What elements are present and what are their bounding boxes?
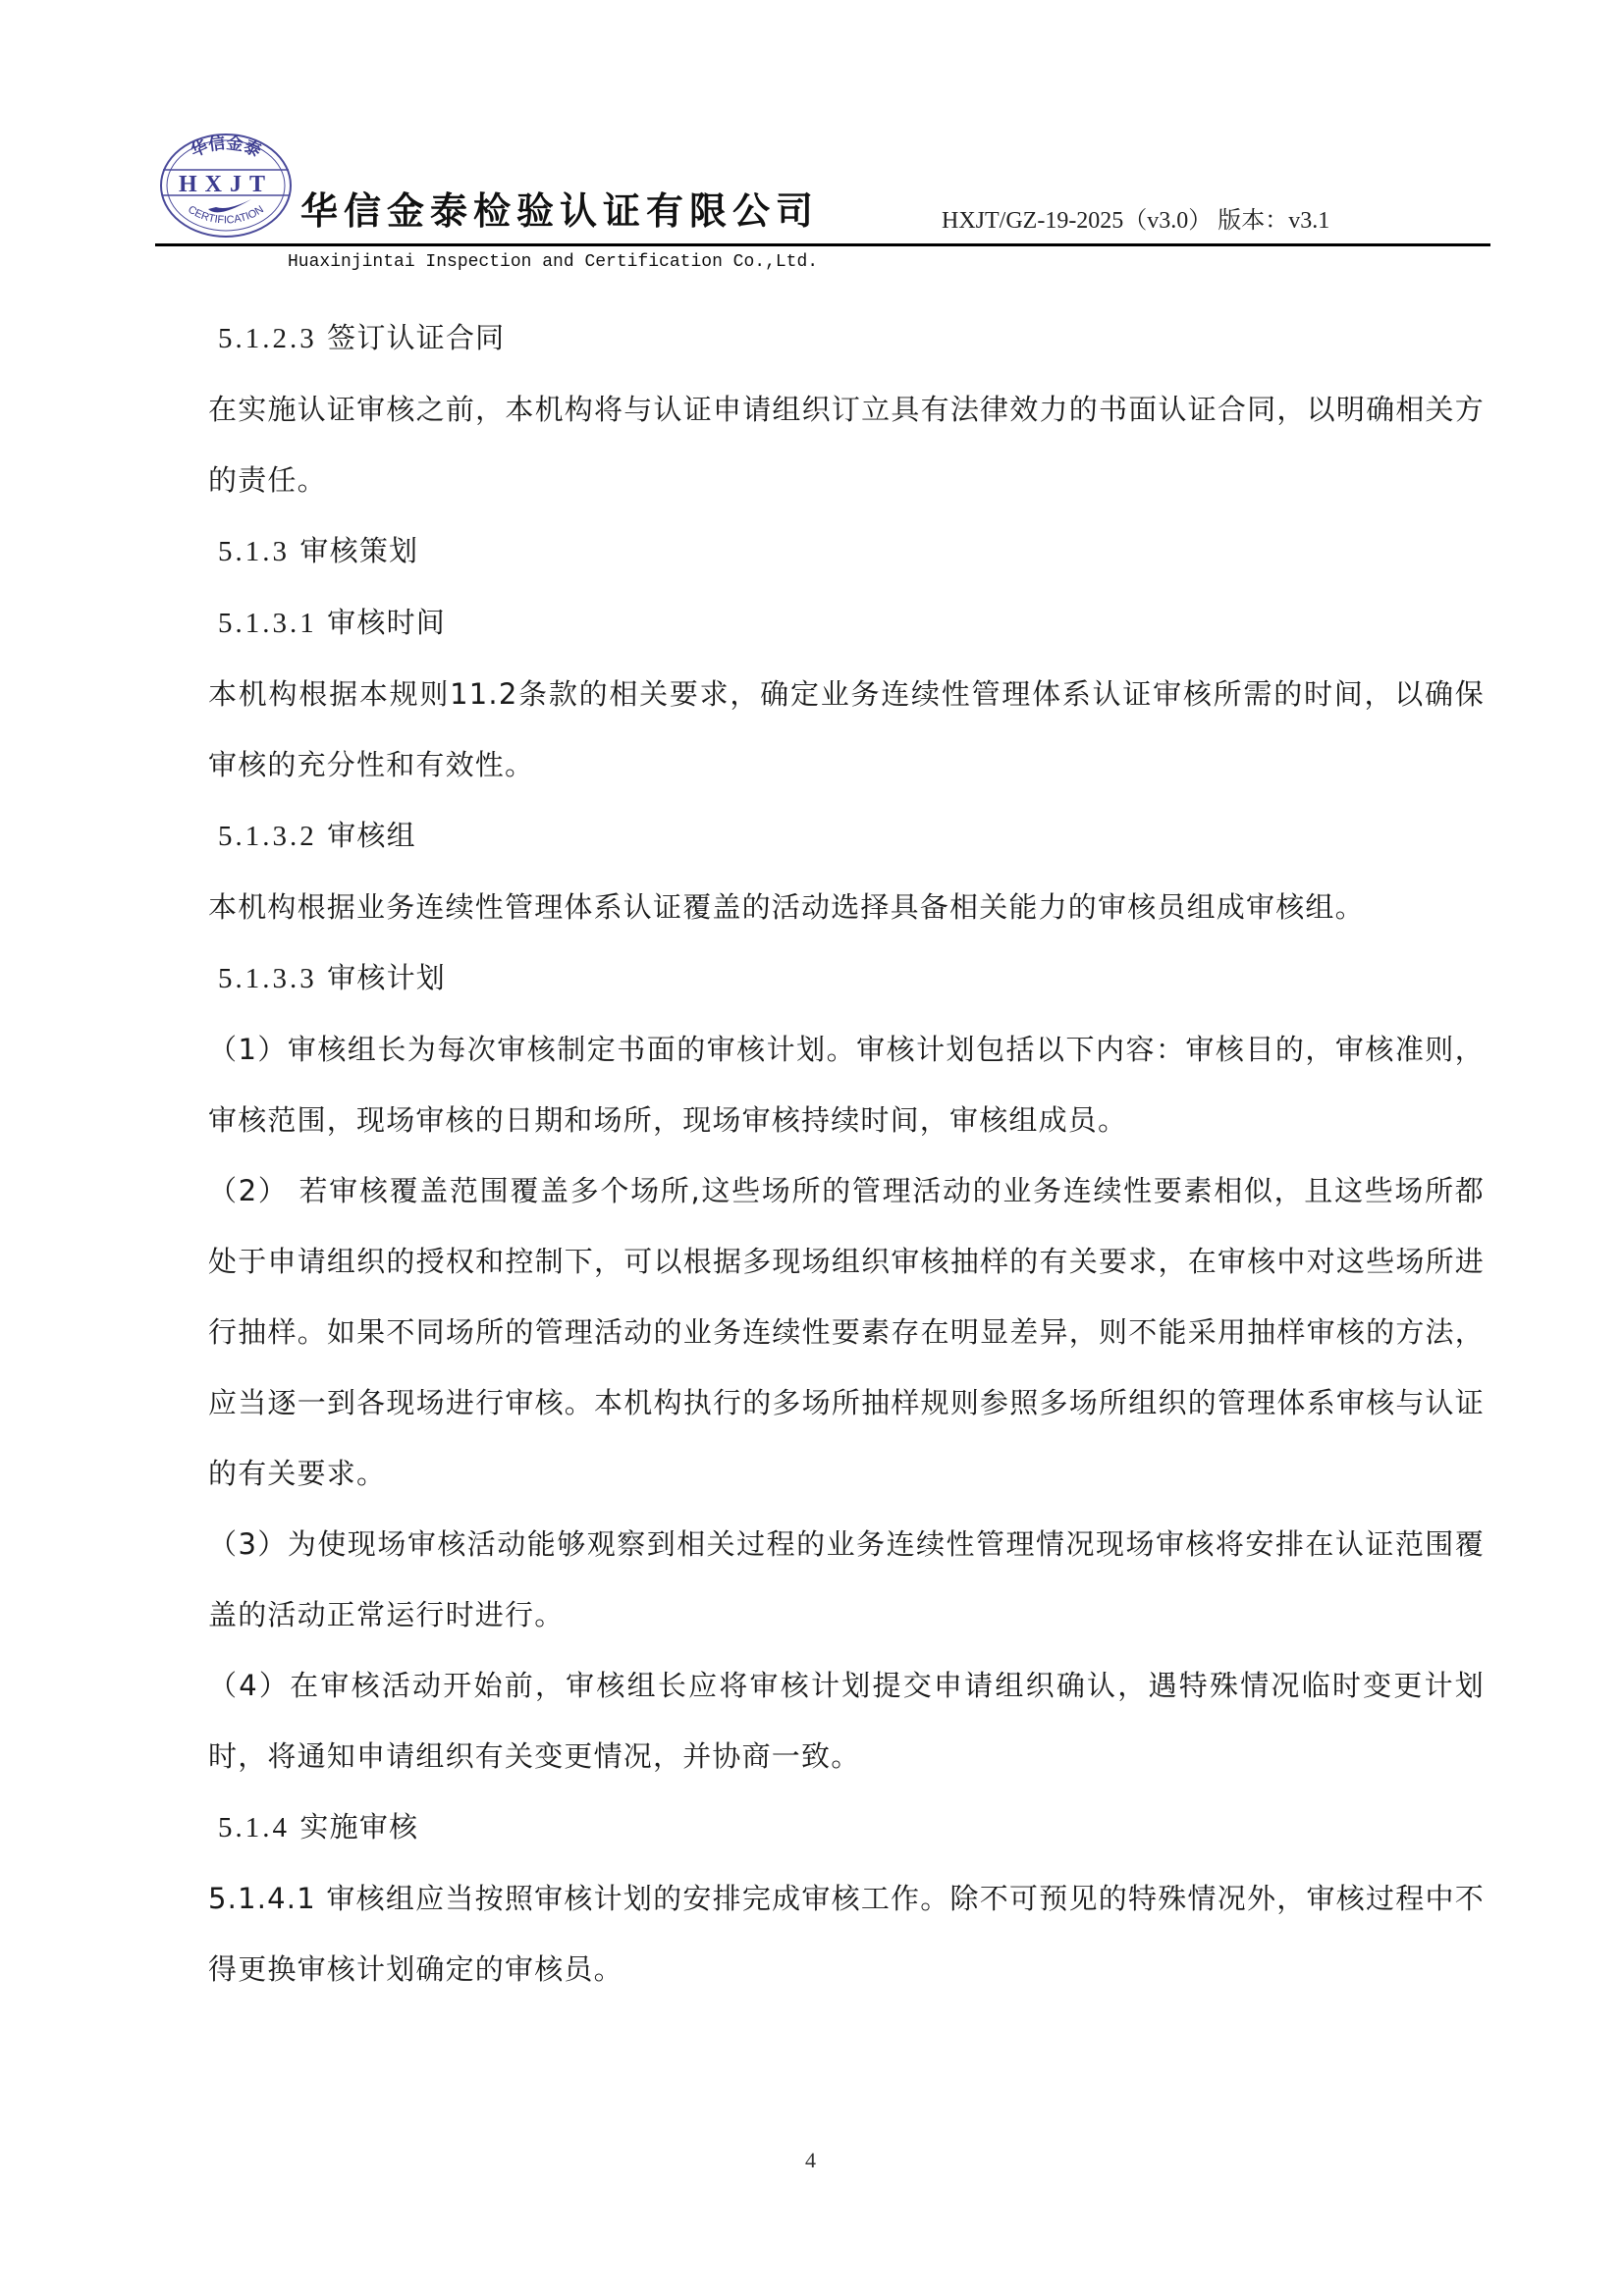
section-title: 审核时间 [327,606,446,639]
section-heading-5-1-3-3: 5.1.3.3 审核计划 [218,942,1485,1014]
company-name-cn: 华信金泰检验认证有限公司 [300,192,819,230]
svg-text:华信金泰: 华信金泰 [188,133,264,162]
section-title: 审核组 [327,819,416,852]
section-heading-5-1-3-1: 5.1.3.1 审核时间 [218,587,1485,659]
section-heading-5-1-3: 5.1.3 审核策划 [218,515,1485,587]
paragraph: 本机构根据本规则11.2条款的相关要求，确定业务连续性管理体系认证审核所需的时间… [208,659,1485,800]
section-title: 签订认证合同 [327,321,505,354]
company-name-en: Huaxinjintai Inspection and Certificatio… [288,253,818,271]
section-title: 审核策划 [299,534,418,567]
section-number: 5.1.3.3 [218,963,317,994]
page-header: 华信金泰 HXJT CERTIFICATION 华信金泰检验认证有限公司 HXJ… [0,0,1624,285]
header-divider [155,243,1490,246]
svg-text:CERTIFICATION: CERTIFICATION [186,203,266,226]
section-title: 审核计划 [327,961,446,994]
section-heading-5-1-2-3: 5.1.2.3 签订认证合同 [218,302,1485,374]
page-number: 4 [805,2148,816,2173]
section-number: 5.1.3.2 [218,821,317,852]
list-item-4: （4）在审核活动开始前，审核组长应将审核计划提交申请组织确认，遇特殊情况临时变更… [208,1650,1485,1791]
section-number: 5.1.4 [218,1812,290,1843]
paragraph: 5.1.4.1 审核组应当按照审核计划的安排完成审核工作。除不可预见的特殊情况外… [208,1863,1485,2004]
section-number: 5.1.3 [218,536,290,567]
section-heading-5-1-4: 5.1.4 实施审核 [218,1791,1485,1863]
list-item-3: （3）为使现场审核活动能够观察到相关过程的业务连续性管理情况现场审核将安排在认证… [208,1509,1485,1650]
paragraph: 本机构根据业务连续性管理体系认证覆盖的活动选择具备相关能力的审核员组成审核组。 [208,872,1485,942]
document-body: 5.1.2.3 签订认证合同 在实施认证审核之前，本机构将与认证申请组织订立具有… [218,302,1485,2004]
list-item-1: （1）审核组长为每次审核制定书面的审核计划。审核计划包括以下内容：审核目的，审核… [208,1014,1485,1155]
company-logo-icon: 华信金泰 HXJT CERTIFICATION [157,131,295,239]
section-number: 5.1.3.1 [218,608,317,639]
list-item-2: （2） 若审核覆盖范围覆盖多个场所,这些场所的管理活动的业务连续性要素相似，且这… [208,1155,1485,1509]
paragraph: 在实施认证审核之前，本机构将与认证申请组织订立具有法律效力的书面认证合同，以明确… [208,374,1485,515]
section-number: 5.1.2.3 [218,323,317,354]
section-heading-5-1-3-2: 5.1.3.2 审核组 [218,800,1485,872]
document-code-version: HXJT/GZ-19-2025（v3.0） 版本：v3.1 [942,209,1329,233]
svg-text:HXJT: HXJT [179,172,273,197]
section-title: 实施审核 [299,1810,418,1843]
